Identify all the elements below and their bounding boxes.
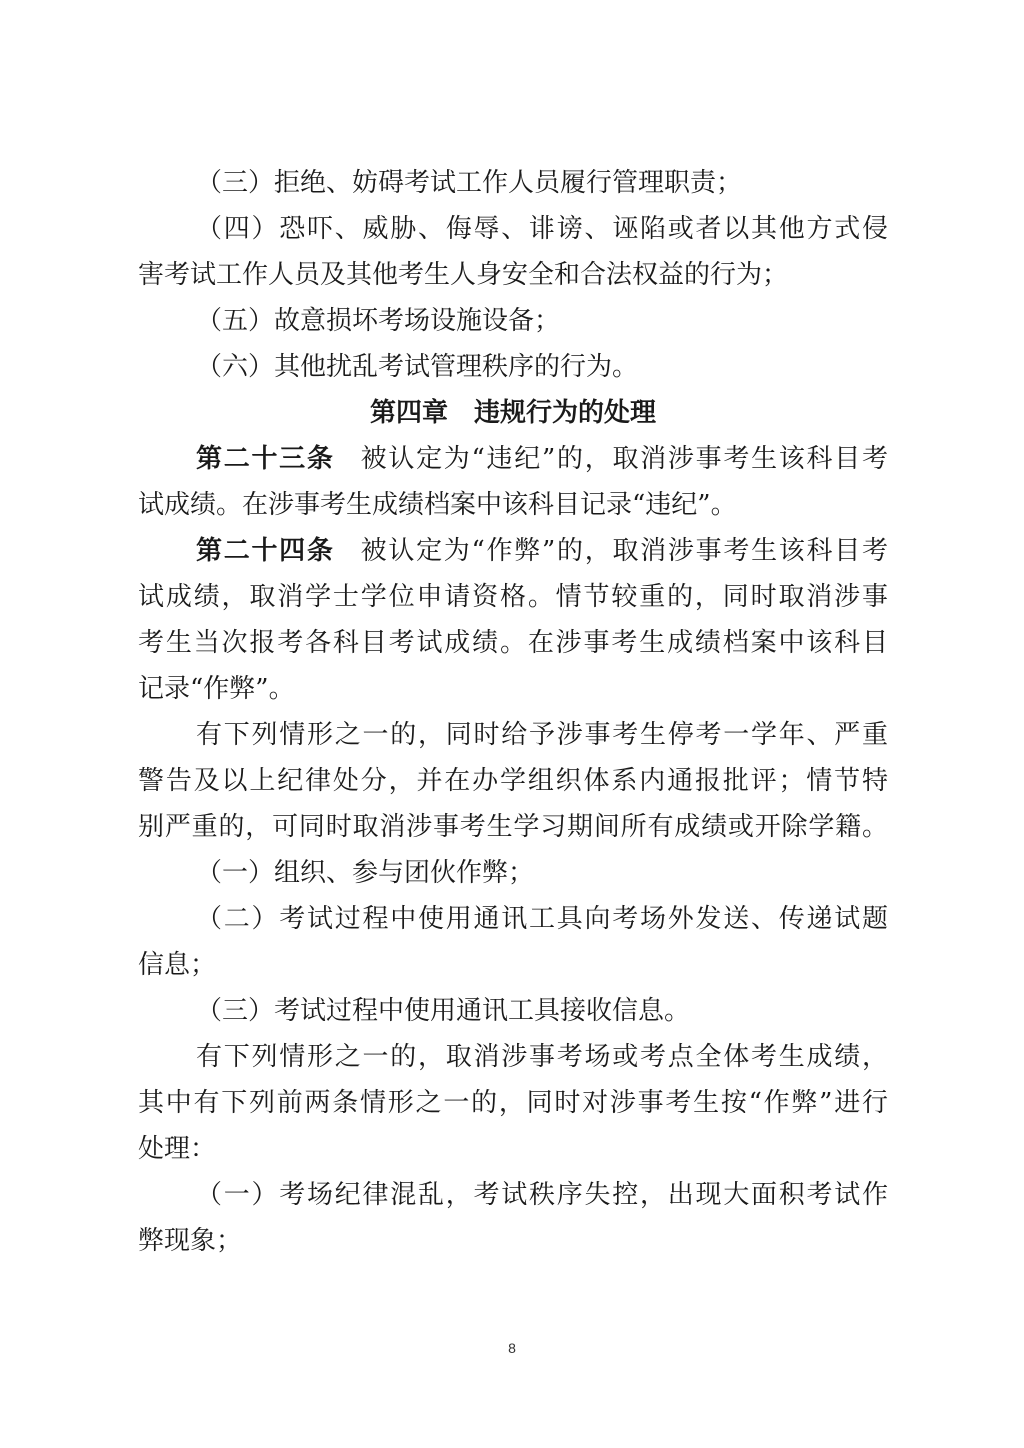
list-item-4-line1: （四）恐吓、威胁、侮辱、诽谤、诬陷或者以其他方式侵 bbox=[138, 206, 888, 252]
paragraph-a-line1: 有下列情形之一的，同时给予涉事考生停考一学年、严重 bbox=[138, 712, 888, 758]
list-b-item-1-line1: （一）考场纪律混乱，考试秩序失控，出现大面积考试作 bbox=[138, 1172, 888, 1218]
article-24-line1: 第二十四条被认定为“作弊”的，取消涉事考生该科目考 bbox=[138, 528, 888, 574]
list-a-item-2-line1: （二）考试过程中使用通讯工具向考场外发送、传递试题 bbox=[138, 896, 888, 942]
paragraph-b-line1: 有下列情形之一的，取消涉事考场或考点全体考生成绩， bbox=[138, 1034, 888, 1080]
article-24-text: 被认定为“作弊”的，取消涉事考生该科目考 bbox=[361, 536, 888, 566]
list-item-4-line2: 害考试工作人员及其他考生人身安全和合法权益的行为； bbox=[138, 252, 888, 298]
paragraph-a-line2: 警告及以上纪律处分，并在办学组织体系内通报批评；情节特 bbox=[138, 758, 888, 804]
article-23-number: 第二十三条 bbox=[196, 444, 335, 474]
list-a-item-1: （一）组织、参与团伙作弊； bbox=[138, 850, 888, 896]
article-23-line2: 试成绩。在涉事考生成绩档案中该科目记录“违纪”。 bbox=[138, 482, 888, 528]
list-a-item-2-line2: 信息； bbox=[138, 942, 888, 988]
paragraph-b-line3: 处理： bbox=[138, 1126, 888, 1172]
list-item-6: （六）其他扰乱考试管理秩序的行为。 bbox=[138, 344, 888, 390]
list-b-item-1-line2: 弊现象； bbox=[138, 1218, 888, 1264]
paragraph-b-line2: 其中有下列前两条情形之一的，同时对涉事考生按“作弊”进行 bbox=[138, 1080, 888, 1126]
article-24-line4: 记录“作弊”。 bbox=[138, 666, 888, 712]
article-23-text: 被认定为“违纪”的，取消涉事考生该科目考 bbox=[361, 444, 888, 474]
chapter-heading: 第四章 违规行为的处理 bbox=[138, 390, 888, 436]
article-24-line2: 试成绩，取消学士学位申请资格。情节较重的，同时取消涉事 bbox=[138, 574, 888, 620]
article-24-number: 第二十四条 bbox=[196, 536, 335, 566]
page-number: 8 bbox=[0, 1340, 1024, 1356]
article-24-line3: 考生当次报考各科目考试成绩。在涉事考生成绩档案中该科目 bbox=[138, 620, 888, 666]
list-item-3: （三）拒绝、妨碍考试工作人员履行管理职责； bbox=[138, 160, 888, 206]
paragraph-a-line3: 别严重的，可同时取消涉事考生学习期间所有成绩或开除学籍。 bbox=[138, 804, 888, 850]
document-page: （三）拒绝、妨碍考试工作人员履行管理职责； （四）恐吓、威胁、侮辱、诽谤、诬陷或… bbox=[138, 160, 888, 1264]
list-item-5: （五）故意损坏考场设施设备； bbox=[138, 298, 888, 344]
list-a-item-3: （三）考试过程中使用通讯工具接收信息。 bbox=[138, 988, 888, 1034]
article-23-line1: 第二十三条被认定为“违纪”的，取消涉事考生该科目考 bbox=[138, 436, 888, 482]
